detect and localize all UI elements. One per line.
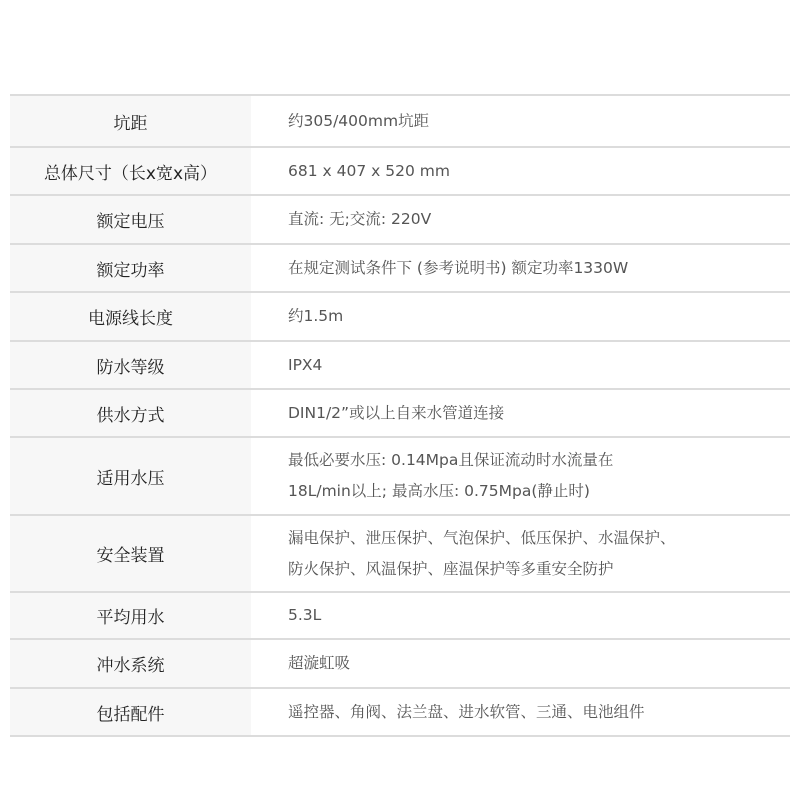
spec-row-waterproof: 防水等级 IPX4 [10,342,790,390]
spec-row-avg-water: 平均用水 5.3L [10,593,790,640]
spec-value: 超漩虹吸 [251,640,790,687]
spec-value-line: 在规定测试条件下 (参考说明书) 额定功率1330W [288,253,790,284]
spec-row-dimensions: 总体尺寸（长x宽x高） 681 x 407 x 520 mm [10,148,790,196]
spec-label: 包括配件 [10,689,251,735]
spec-value: 最低必要水压: 0.14Mpa且保证流动时水流量在 18L/min以上; 最高水… [251,438,790,514]
spec-row-water-supply: 供水方式 DIN1/2”或以上自来水管道连接 [10,390,790,438]
spec-value-line: 漏电保护、泄压保护、气泡保护、低压保护、水温保护、 [288,523,790,554]
spec-value-line: 18L/min以上; 最高水压: 0.75Mpa(静止时) [288,476,790,507]
spec-value: DIN1/2”或以上自来水管道连接 [251,390,790,436]
spec-row-flush-system: 冲水系统 超漩虹吸 [10,640,790,689]
spec-label: 供水方式 [10,390,251,436]
spec-value-line: 681 x 407 x 520 mm [288,156,790,187]
spec-row-water-pressure: 适用水压 最低必要水压: 0.14Mpa且保证流动时水流量在 18L/min以上… [10,438,790,516]
spec-value-line: 防火保护、风温保护、座温保护等多重安全防护 [288,554,790,585]
spec-label: 适用水压 [10,438,251,514]
spec-label: 平均用水 [10,593,251,638]
spec-label: 安全装置 [10,516,251,591]
spec-value: 在规定测试条件下 (参考说明书) 额定功率1330W [251,245,790,291]
spec-table: 坑距 约305/400mm坑距 总体尺寸（长x宽x高） 681 x 407 x … [10,94,790,737]
spec-value-line: 直流: 无;交流: 220V [288,204,790,235]
spec-label: 额定电压 [10,196,251,243]
spec-label: 防水等级 [10,342,251,388]
spec-row-rated-voltage: 额定电压 直流: 无;交流: 220V [10,196,790,245]
spec-value: IPX4 [251,342,790,388]
spec-row-safety: 安全装置 漏电保护、泄压保护、气泡保护、低压保护、水温保护、 防火保护、风温保护… [10,516,790,593]
spec-value: 约1.5m [251,293,790,340]
spec-value-line: 最低必要水压: 0.14Mpa且保证流动时水流量在 [288,445,790,476]
spec-row-pit-distance: 坑距 约305/400mm坑距 [10,96,790,148]
spec-value-line: 约1.5m [288,301,790,332]
spec-value: 约305/400mm坑距 [251,96,790,146]
spec-row-accessories: 包括配件 遥控器、角阀、法兰盘、进水软管、三通、电池组件 [10,689,790,737]
spec-value: 681 x 407 x 520 mm [251,148,790,194]
spec-value-line: 遥控器、角阀、法兰盘、进水软管、三通、电池组件 [288,697,790,728]
spec-row-cord-length: 电源线长度 约1.5m [10,293,790,342]
spec-value: 漏电保护、泄压保护、气泡保护、低压保护、水温保护、 防火保护、风温保护、座温保护… [251,516,790,591]
spec-value: 5.3L [251,593,790,638]
spec-row-rated-power: 额定功率 在规定测试条件下 (参考说明书) 额定功率1330W [10,245,790,293]
spec-label: 坑距 [10,96,251,146]
spec-value-line: 超漩虹吸 [288,648,790,679]
spec-value-line: 约305/400mm坑距 [288,106,790,137]
spec-value-line: IPX4 [288,350,790,381]
spec-label: 冲水系统 [10,640,251,687]
spec-label: 额定功率 [10,245,251,291]
spec-value: 遥控器、角阀、法兰盘、进水软管、三通、电池组件 [251,689,790,735]
spec-value: 直流: 无;交流: 220V [251,196,790,243]
spec-label: 总体尺寸（长x宽x高） [10,148,251,194]
spec-label: 电源线长度 [10,293,251,340]
spec-value-line: 5.3L [288,600,790,631]
spec-value-line: DIN1/2”或以上自来水管道连接 [288,398,790,429]
